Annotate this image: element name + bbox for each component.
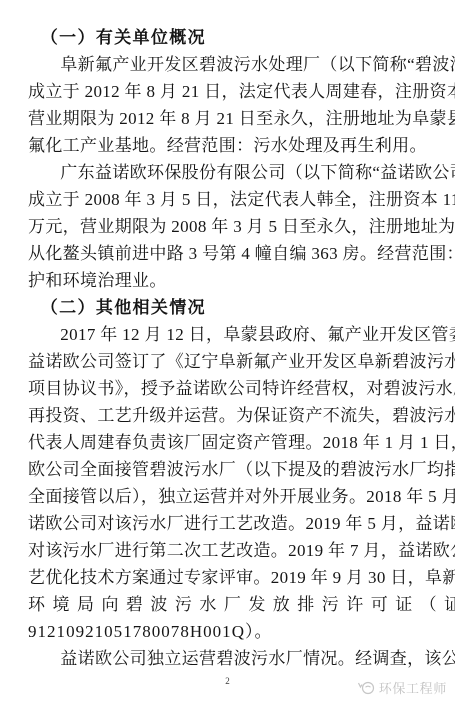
text-line: 万元，营业期限为 2008 年 3 月 5 日至永久，注册地址为广州市 — [28, 213, 429, 240]
text-line: 广东益诺欧环保股份有限公司（以下简称“益诺欧公司”）， — [28, 159, 429, 186]
text-line: 项目协议书》，授予益诺欧公司特许经营权，对碧波污水厂进行 — [28, 375, 429, 402]
text-line: 从化鳌头镇前进中路 3 号第 4 幢自编 363 房。经营范围：生态保 — [28, 240, 429, 267]
text-line: 营业期限为 2012 年 8 月 21 日至永久，注册地址为阜蒙县伊吗图 — [28, 105, 429, 132]
text-line: 再投资、工艺升级并运营。为保证资产不流失，碧波污水厂法定 — [28, 402, 429, 429]
watermark: 环保工程师 — [357, 678, 447, 697]
text-line: 对该污水厂进行第二次工艺改造。2019 年 7 月，益诺欧公司工 — [28, 537, 429, 564]
text-line: 欧公司全面接管碧波污水厂（以下提及的碧波污水厂均指益诺欧 — [28, 456, 429, 483]
watermark-label: 环保工程师 — [379, 678, 447, 697]
text-line: 氟化工产业基地。经营范围：污水处理及再生利用。 — [28, 132, 429, 159]
document-page: （一）有关单位概况 阜新氟产业开发区碧波污水处理厂（以下简称“碧波污水厂”） 成… — [0, 0, 455, 706]
text-line: 诺欧公司对该污水厂进行工艺改造。2019 年 5 月，益诺欧公司 — [28, 510, 429, 537]
text-line: 2017 年 12 月 12 日，阜蒙县政府、氟产业开发区管委会与 — [28, 321, 429, 348]
text-line: 护和环境治理业。 — [28, 267, 429, 294]
text-line: 艺优化技术方案通过专家评审。2019 年 9 月 30 日，阜新市生态 — [28, 564, 429, 591]
text-line: 成立于 2012 年 8 月 21 日，法定代表人周建春，注册资本 3 万元， — [28, 78, 429, 105]
text-line: 益诺欧公司独立运营碧波污水厂情况。经调查，该公司独立 — [28, 645, 429, 672]
section-heading: （一）有关单位概况 — [28, 24, 429, 51]
text-line: 阜新氟产业开发区碧波污水处理厂（以下简称“碧波污水厂”） — [28, 51, 429, 78]
text-line: 代表人周建春负责该厂固定资产管理。2018 年 1 月 1 日，益诺 — [28, 429, 429, 456]
permit-number-line: 91210921051780078H001Q）。 — [28, 618, 429, 645]
engineer-logo-icon — [357, 680, 375, 696]
text-line: 环境局向碧波污水厂发放排污许可证（证书编号 — [28, 591, 429, 618]
document-body: （一）有关单位概况 阜新氟产业开发区碧波污水处理厂（以下简称“碧波污水厂”） 成… — [28, 24, 429, 672]
text-line: 全面接管以后），独立运营并对外开展业务。2018 年 5 月，益 — [28, 483, 429, 510]
text-line: 益诺欧公司签订了《辽宁阜新氟产业开发区阜新碧波污水处理厂 — [28, 348, 429, 375]
section-heading: （二）其他相关情况 — [28, 294, 429, 321]
text-line: 成立于 2008 年 3 月 5 日，法定代表人韩全，注册资本 11782.9 — [28, 186, 429, 213]
